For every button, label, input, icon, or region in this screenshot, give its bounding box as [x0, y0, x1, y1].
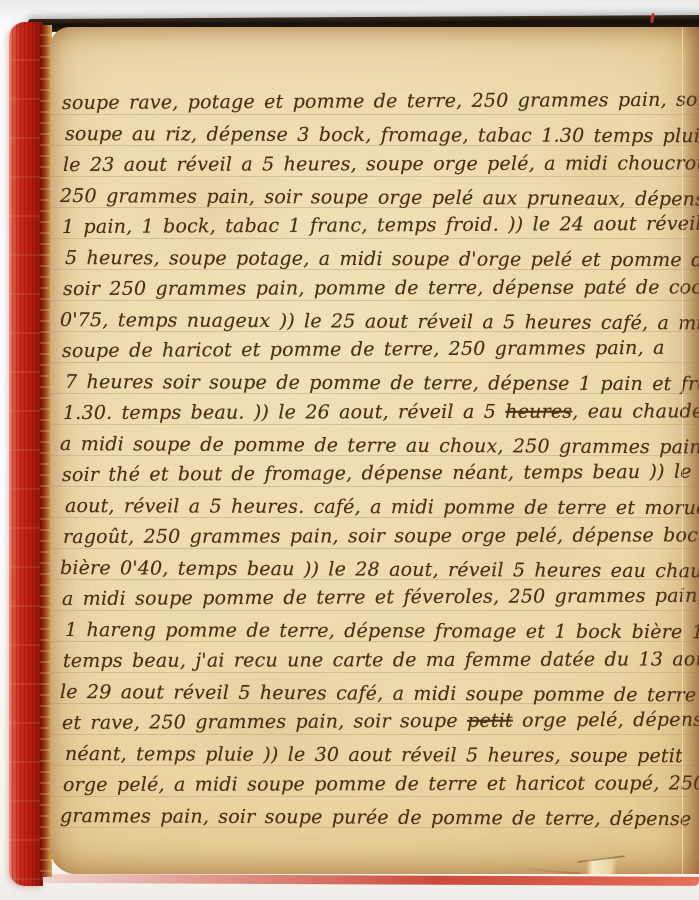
crossed-out-word: petit — [467, 710, 513, 732]
journal-line: 1 hareng pomme de terre, dépense fromage… — [65, 615, 697, 648]
journal-line: grammes pain, soir soupe purée de pomme … — [60, 801, 692, 835]
scanned-notebook-page: soupe rave, potage et pomme de terre, 25… — [0, 0, 699, 900]
journal-line: soir thé et bout de fromage, dépense néa… — [62, 457, 694, 491]
journal-line: 7 heures soir soupe de pomme de terre, d… — [65, 367, 697, 400]
journal-line: temps beau, j'ai recu une carte de ma fe… — [63, 644, 695, 677]
journal-line: le 23 aout réveil a 5 heures, soupe orge… — [63, 148, 695, 181]
handwritten-text: soupe rave, potage et pomme de terre, 25… — [62, 88, 694, 832]
journal-line: néant, temps pluie )) le 30 aout réveil … — [65, 739, 697, 772]
journal-line: 1 pain, 1 bock, tabac 1 franc, temps fro… — [62, 209, 694, 243]
journal-line: ragoût, 250 grammes pain, soir soupe org… — [63, 520, 695, 553]
crossed-out-word: heures — [505, 401, 572, 423]
journal-page: soupe rave, potage et pomme de terre, 25… — [50, 27, 699, 874]
bottom-red-cover-edge — [42, 874, 699, 886]
journal-line: orge pelé, a midi soupe pomme de terre e… — [63, 768, 695, 801]
journal-line: soupe au riz, dépense 3 bock, fromage, t… — [65, 119, 697, 152]
crease-line — [518, 867, 580, 874]
journal-line: 1.30. temps beau. )) le 26 aout, réveil … — [63, 396, 695, 429]
paper-fold-tear — [577, 855, 627, 874]
journal-line: aout, réveil a 5 heures. café, a midi po… — [65, 491, 697, 524]
journal-line: soupe de haricot et pomme de terre, 250 … — [62, 333, 694, 367]
journal-line: a midi soupe pomme de terre et féveroles… — [62, 581, 694, 615]
red-cover-edge — [9, 22, 43, 886]
journal-line: soir 250 grammes pain, pomme de terre, d… — [63, 272, 695, 305]
journal-line: soupe rave, potage et pomme de terre, 25… — [62, 85, 694, 119]
journal-line: 5 heures, soupe potage, a midi soupe d'o… — [65, 243, 697, 276]
journal-line: et rave, 250 grammes pain, soir soupe pe… — [62, 705, 694, 739]
